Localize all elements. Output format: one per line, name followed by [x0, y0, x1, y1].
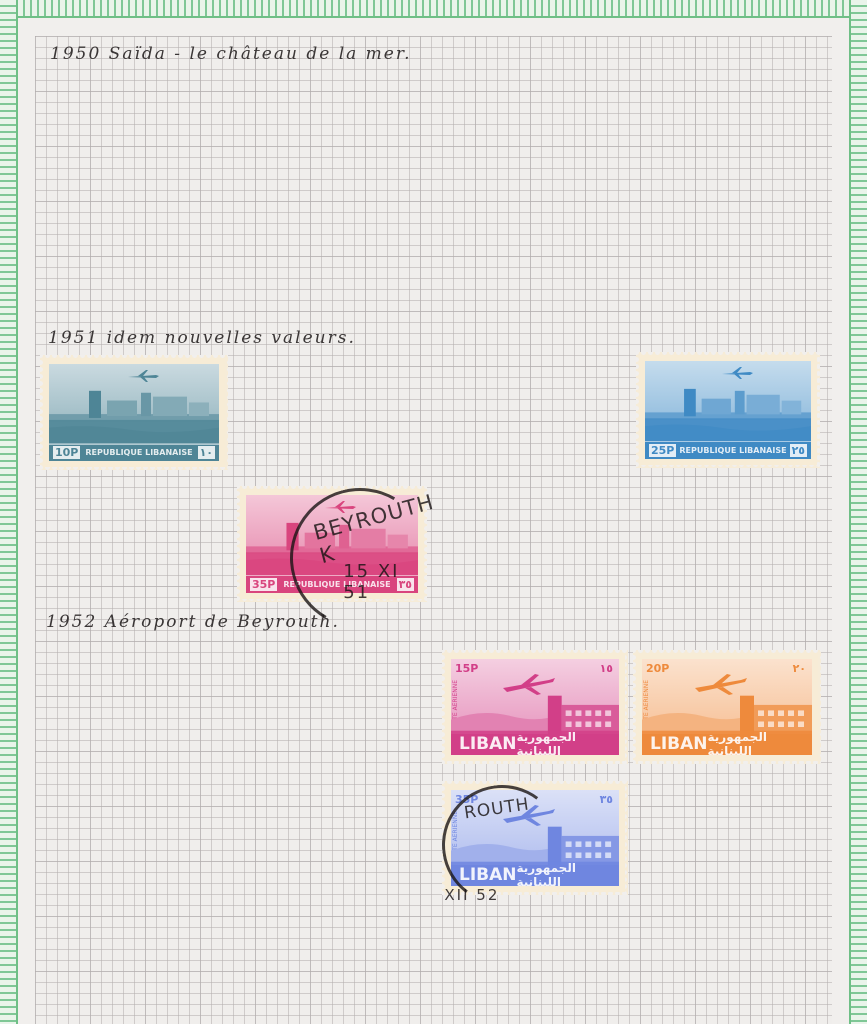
- stamp-arabic-value: ٣٥: [397, 578, 414, 591]
- stamp-1952-35p: 35P ٣٥ POSTE AERIENNE LIBAN الجمهورية ال…: [442, 781, 628, 895]
- stamp-arabic-country: الجمهورية اللبنانية: [517, 730, 616, 755]
- stamp-value: 10P: [53, 446, 80, 459]
- stamp-value: 15P: [455, 662, 478, 675]
- castle-illustration: [645, 383, 811, 442]
- stamp-country: LIBAN: [455, 734, 517, 754]
- stamp-arabic-value: ٢٥: [790, 444, 807, 457]
- stamp-design: 25P REPUBLIQUE LIBANAISE ٢٥: [645, 361, 811, 459]
- stamp-banner: LIBAN الجمهورية اللبنانية: [451, 865, 619, 886]
- stamp-banner: 10P REPUBLIQUE LIBANAISE ١٠: [49, 445, 219, 461]
- stamp-design: 10P REPUBLIQUE LIBANAISE ١٠: [49, 364, 219, 461]
- stamp-country: REPUBLIQUE LIBANAISE: [679, 446, 786, 455]
- stamp-arabic-value: ١٥: [600, 662, 613, 675]
- stamp-banner: 35P REPUBLIQUE LIBANAISE ٣٥: [246, 576, 418, 593]
- stamp-country: LIBAN: [646, 734, 708, 754]
- stamp-banner: 25P REPUBLIQUE LIBANAISE ٢٥: [645, 442, 811, 459]
- stamp-country: LIBAN: [455, 865, 517, 885]
- stamp-country: REPUBLIQUE LIBANAISE: [283, 580, 390, 589]
- caption-1951: 1951 idem nouvelles valeurs.: [48, 328, 356, 348]
- stamp-1952-20p: 20P ٢٠ POSTE AERIENNE LIBAN الجمهورية ال…: [633, 650, 821, 764]
- stamp-arabic-country: الجمهورية اللبنانية: [517, 861, 616, 886]
- castle-illustration: [49, 385, 219, 443]
- caption-1952: 1952 Aéroport de Beyrouth.: [46, 612, 340, 632]
- stamp-design: 20P ٢٠ POSTE AERIENNE LIBAN الجمهورية ال…: [642, 659, 812, 755]
- greek-key-border-left: [0, 0, 18, 1024]
- airplane-icon: [126, 370, 160, 382]
- greek-key-border-top: [0, 0, 867, 18]
- stamp-design: 35P ٣٥ POSTE AERIENNE LIBAN الجمهورية ال…: [451, 790, 619, 886]
- stamp-banner: LIBAN الجمهورية اللبنانية: [642, 734, 812, 755]
- greek-key-border-right: [849, 0, 867, 1024]
- stamp-arabic-value: ١٠: [198, 446, 215, 459]
- stamp-value: 35P: [250, 578, 277, 591]
- stamp-arabic-country: الجمهورية اللبنانية: [708, 730, 809, 755]
- stamp-1951-10p: 10P REPUBLIQUE LIBANAISE ١٠: [40, 355, 228, 470]
- stamp-arabic-value: ٣٥: [600, 793, 613, 806]
- stamp-design: 15P ١٥ POSTE AERIENNE LIBAN الجمهورية ال…: [451, 659, 619, 755]
- stamp-country: REPUBLIQUE LIBANAISE: [85, 448, 192, 457]
- stamp-value: 25P: [649, 444, 676, 457]
- stamp-1951-35p: 35P REPUBLIQUE LIBANAISE ٣٥ BEYROUTH K 1…: [237, 486, 427, 602]
- airplane-icon: [720, 367, 754, 379]
- caption-1950: 1950 Saïda - le château de la mer.: [50, 44, 412, 64]
- airplane-icon: [323, 501, 357, 513]
- grid-paper: [35, 36, 832, 1024]
- castle-illustration: [246, 517, 418, 576]
- stamp-value: 35P: [455, 793, 478, 806]
- stamp-1952-15p: 15P ١٥ POSTE AERIENNE LIBAN الجمهورية ال…: [442, 650, 628, 764]
- stamp-banner: LIBAN الجمهورية اللبنانية: [451, 734, 619, 755]
- stamp-1951-25p: 25P REPUBLIQUE LIBANAISE ٢٥: [636, 352, 820, 468]
- stamp-arabic-value: ٢٠: [793, 662, 806, 675]
- stamp-design: 35P REPUBLIQUE LIBANAISE ٣٥: [246, 495, 418, 593]
- stamp-value: 20P: [646, 662, 669, 675]
